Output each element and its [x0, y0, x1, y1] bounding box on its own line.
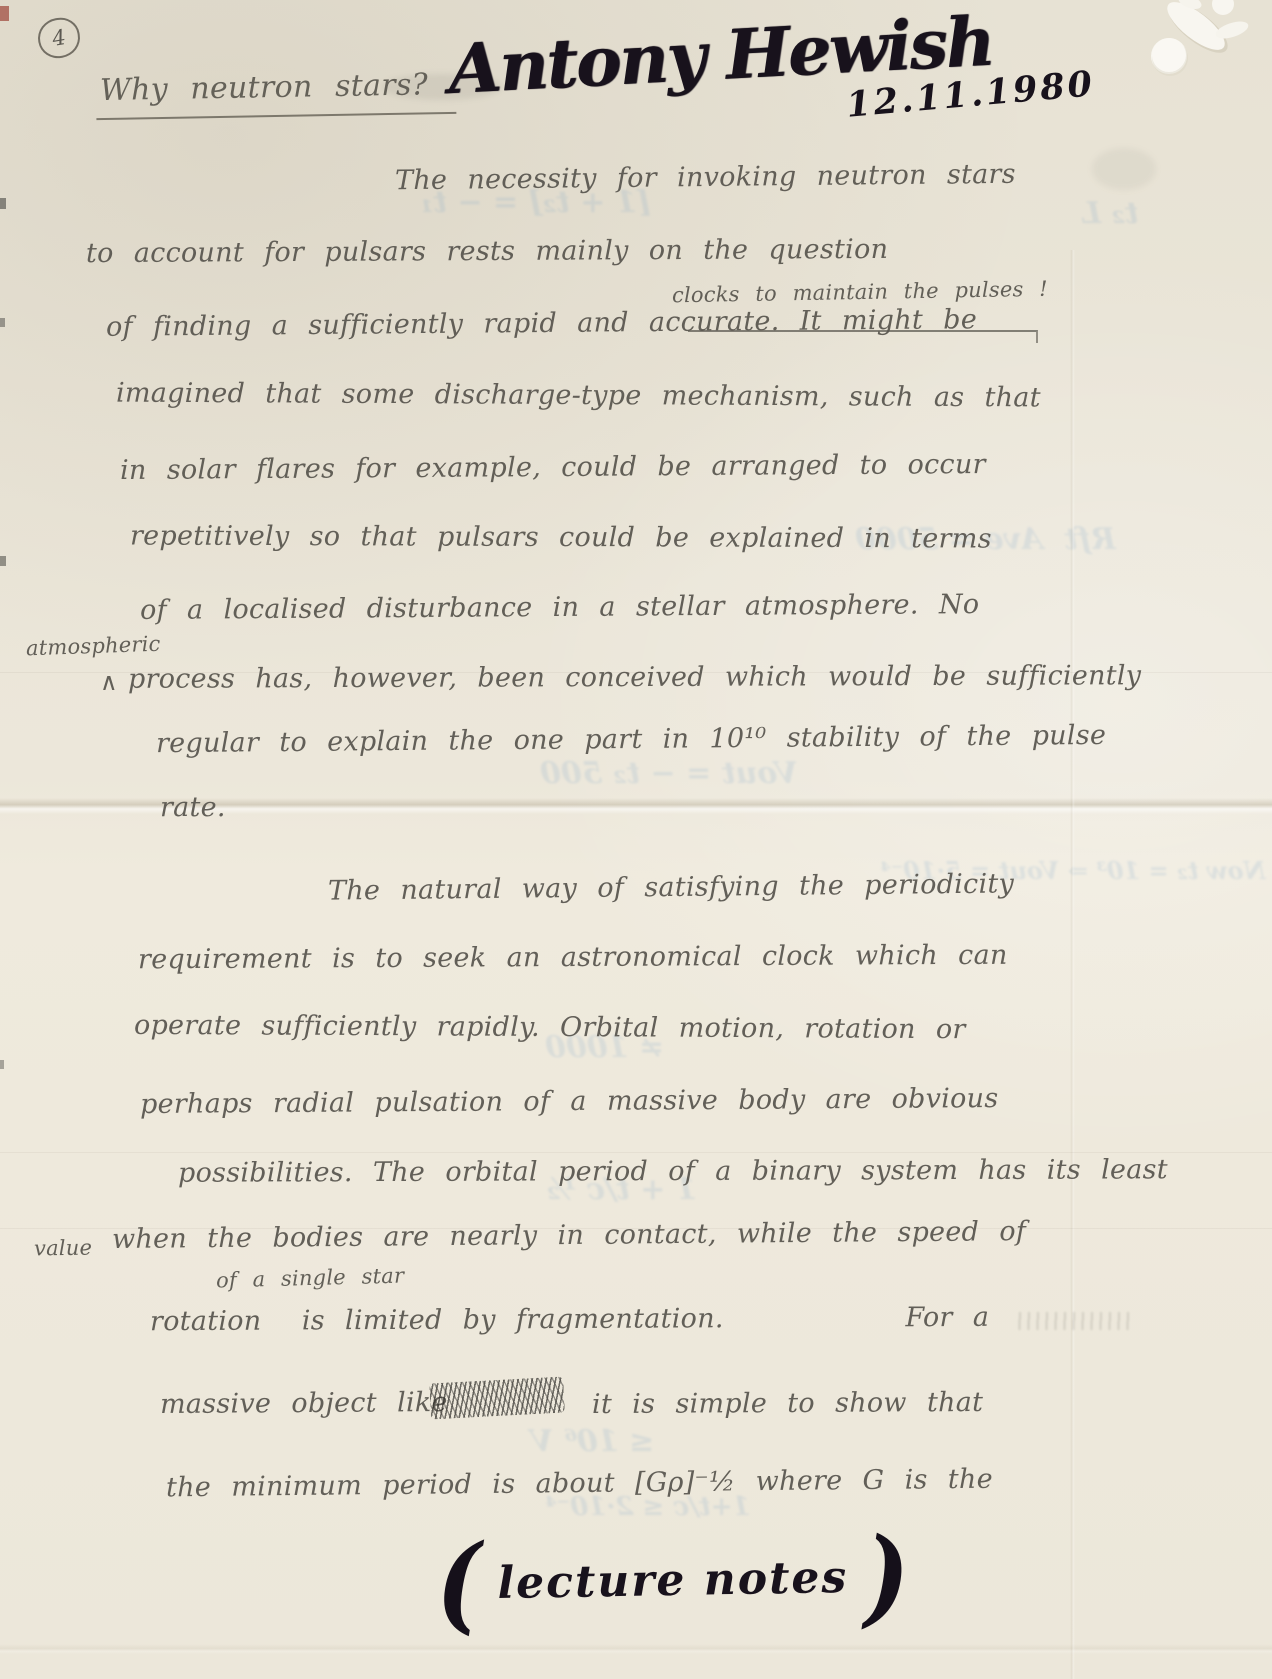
margin-note: value	[34, 1235, 93, 1260]
ink-bleed-through: ≤ 10⁶ V	[530, 1424, 654, 1459]
ink-bleed-through: Vout = − t₂ 500	[540, 756, 798, 791]
edge-mark	[0, 556, 6, 566]
scribbled-out-text	[429, 1377, 565, 1420]
edge-mark	[0, 318, 5, 327]
pencil-smudge	[1092, 148, 1156, 190]
body-line: operate sufficiently rapidly. Orbital mo…	[134, 1010, 966, 1045]
edge-mark	[0, 6, 9, 21]
close-paren: )	[863, 1523, 910, 1629]
body-line: rate.	[160, 792, 226, 823]
page-number: 4	[50, 25, 67, 51]
interlinear-insertion: of a single star	[216, 1264, 405, 1293]
body-line: of a localised disturbance in a stellar …	[140, 589, 980, 626]
body-line: when the bodies are nearly in contact, w…	[112, 1216, 1026, 1255]
body-line: it is simple to show that	[592, 1387, 983, 1420]
body-line: massive object like	[160, 1387, 448, 1420]
body-line: in solar flares for example, could be ar…	[120, 449, 986, 486]
footer-note: ( lecture notes )	[435, 1528, 910, 1632]
body-line: regular to explain the one part in 10¹⁰ …	[156, 720, 1106, 759]
body-line: requirement is to seek an astronomical c…	[138, 940, 1008, 976]
interlinear-insertion: clocks to maintain the pulses !	[672, 277, 1048, 308]
body-line: imagined that some discharge-type mechan…	[116, 378, 1041, 414]
body-line: the minimum period is about [Gρ]⁻½ where…	[166, 1464, 993, 1504]
manuscript-page: [1 + t₂] = − t₁ t₂ L Rft Ave = 5000 Vout…	[0, 0, 1272, 1679]
body-line: The natural way of satisfying the period…	[328, 868, 1014, 906]
staple-tear	[1120, 0, 1270, 98]
fold-crease-vertical	[1070, 250, 1075, 1679]
faint-rule-line	[0, 1152, 1272, 1153]
open-paren: (	[435, 1531, 482, 1637]
body-line: possibilities. The orbital period of a b…	[178, 1154, 1168, 1188]
margin-note: atmospheric	[26, 632, 161, 661]
body-line: repetitively so that pulsars could be ex…	[130, 520, 992, 554]
edge-mark	[0, 198, 6, 209]
page-number-badge: 4	[35, 15, 83, 62]
fold-crease	[0, 1644, 1272, 1654]
caret-mark: ∧	[100, 668, 118, 696]
body-line: to account for pulsars rests mainly on t…	[86, 234, 888, 269]
ink-bleed-through: t₂ L	[1080, 196, 1139, 231]
body-line: process has, however, been conceived whi…	[128, 660, 1141, 695]
body-line: perhaps radial pulsation of a massive bo…	[140, 1083, 999, 1120]
body-line: rotation is limited by fragmentation. Fo…	[150, 1302, 989, 1337]
edge-mark	[0, 1060, 4, 1069]
erased-words	[1012, 1312, 1132, 1330]
page-title: Why neutron stars?	[96, 67, 457, 120]
footer-text: lecture notes	[497, 1551, 849, 1608]
body-line: The necessity for invoking neutron stars	[395, 159, 1016, 196]
